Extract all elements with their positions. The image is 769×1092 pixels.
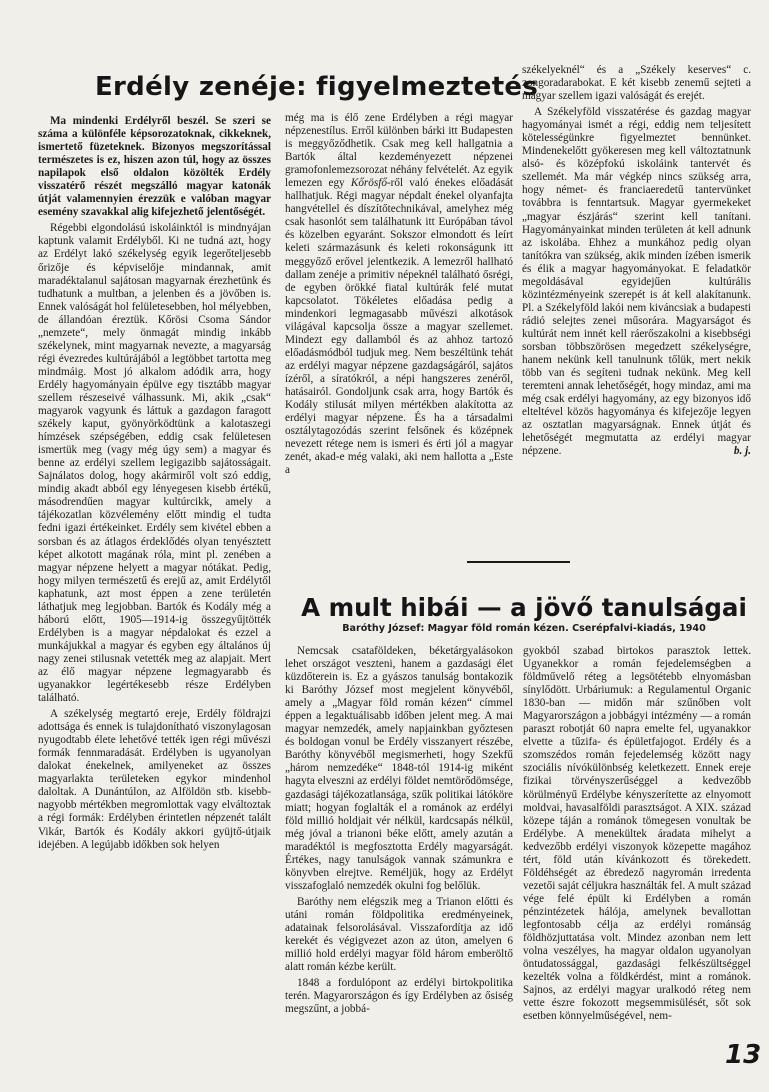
article1-column-2: még ma is élő zene Erdélyben a régi magy…: [285, 112, 513, 477]
article2-paragraph: Baróthy nem elégszik meg a Trianon előtt…: [285, 896, 513, 974]
article1-title: Erdély zenéje: figyelmeztetés: [95, 72, 435, 102]
article1-paragraph: A székelység megtartó ereje, Erdély föld…: [38, 708, 271, 852]
article1-paragraph: Régebbi elgondolású iskoláinktól is mind…: [38, 222, 271, 705]
author-signature: b. j.: [722, 445, 751, 458]
page-number: 13: [725, 1040, 761, 1070]
article2-title: A mult hibái — a jövő tanulságai: [289, 593, 759, 622]
article2-subtitle: Baróthy József: Magyar föld román kézen.…: [289, 623, 759, 634]
article2-paragraph-continued: gyokból szabad birtokos parasztok lettek…: [523, 645, 751, 1023]
article2-column-1: Nemcsak csataföldeken, béketárgyalásokon…: [285, 645, 513, 1016]
article1-lead-paragraph: Ma mindenki Erdélyről beszél. Se szeri s…: [38, 115, 271, 219]
newspaper-page: Erdély zenéje: figyelmeztetés Ma mindenk…: [0, 0, 769, 1092]
article1-column-1: Ma mindenki Erdélyről beszél. Se szeri s…: [38, 115, 271, 852]
place-name-italic: Kőrösfő: [351, 177, 387, 189]
article1-paragraph-continued: még ma is élő zene Erdélyben a régi magy…: [285, 112, 513, 477]
article1-paragraph-continued: székelyeknél“ és a „Székely keserves“ c.…: [522, 64, 751, 103]
section-divider: [467, 561, 570, 563]
article1-column-3: székelyeknél“ és a „Székely keserves“ c.…: [522, 64, 751, 458]
article2-paragraph: 1848 a fordulópont az erdélyi birtokpoli…: [285, 977, 513, 1016]
article2-column-2: gyokból szabad birtokos parasztok lettek…: [523, 645, 751, 1023]
article1-paragraph: A Székelyföld visszatérése és gazdag mag…: [522, 106, 751, 458]
article2-paragraph: Nemcsak csataföldeken, béketárgyalásokon…: [285, 645, 513, 893]
